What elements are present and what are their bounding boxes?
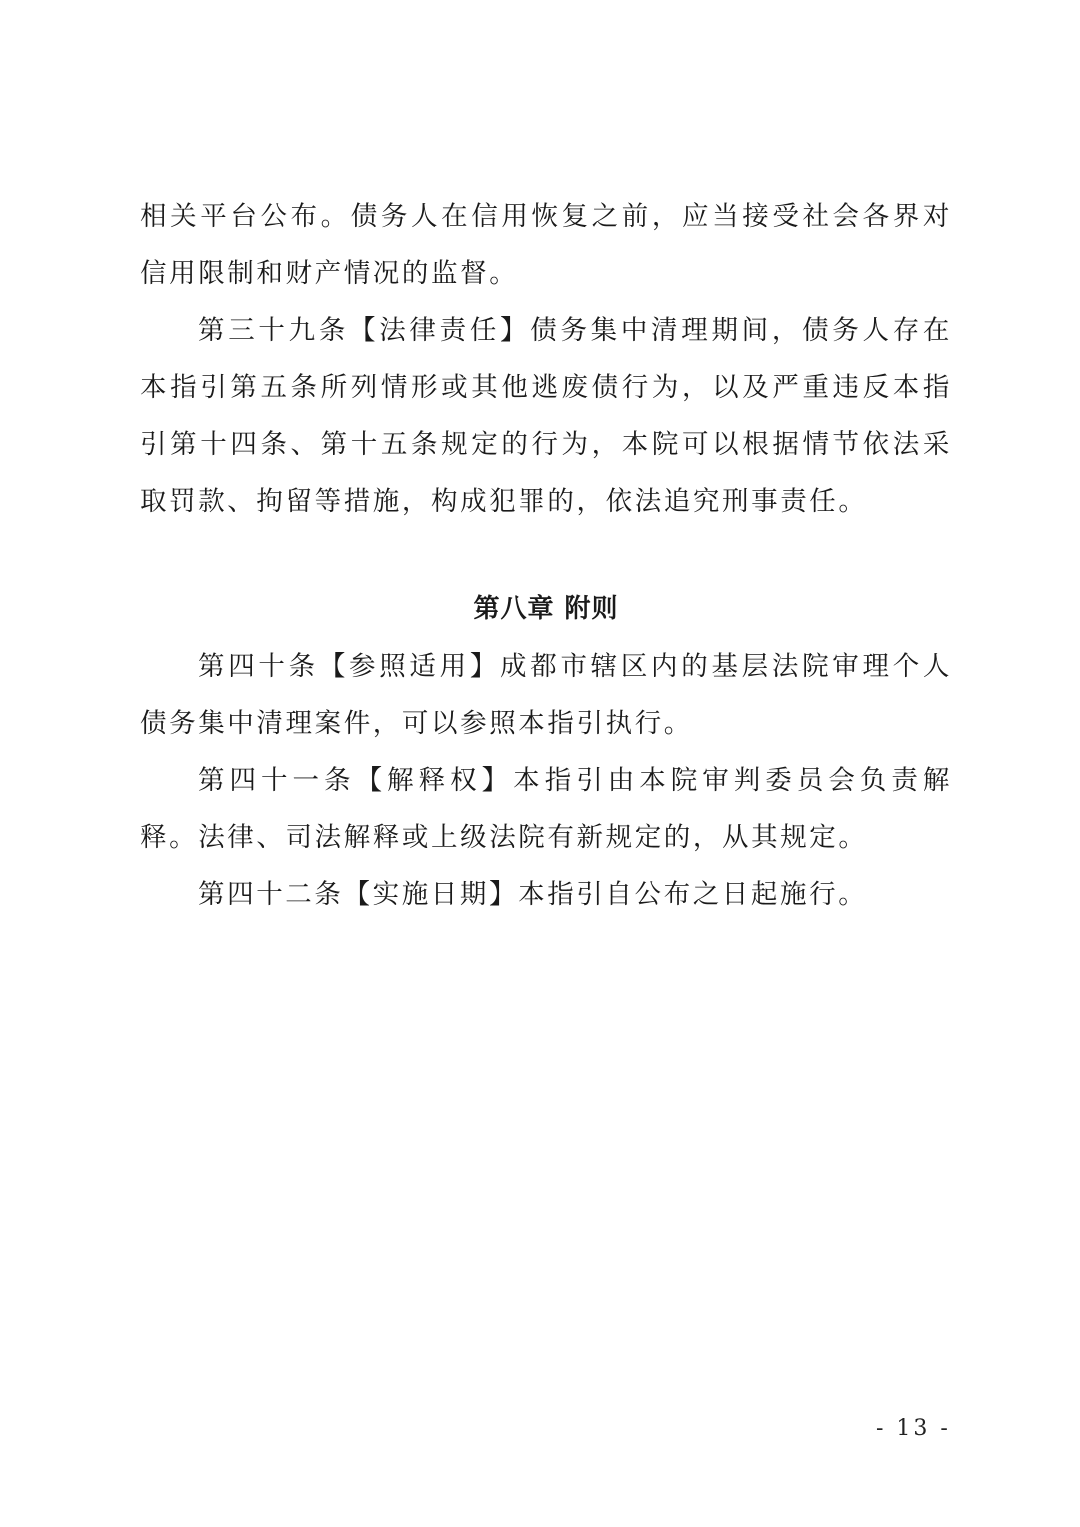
- page-number: - 13 -: [876, 1416, 951, 1441]
- paragraph-continuation: 相关平台公布。债务人在信用恢复之前，应当接受社会各界对信用限制和财产情况的监督。: [140, 188, 952, 302]
- paragraph-article-42: 第四十二条【实施日期】本指引自公布之日起施行。: [140, 866, 952, 923]
- document-body: 相关平台公布。债务人在信用恢复之前，应当接受社会各界对信用限制和财产情况的监督。…: [140, 188, 952, 923]
- document-page: 相关平台公布。债务人在信用恢复之前，应当接受社会各界对信用限制和财产情况的监督。…: [0, 0, 1080, 1527]
- paragraph-article-41: 第四十一条【解释权】本指引由本院审判委员会负责解释。法律、司法解释或上级法院有新…: [140, 752, 952, 866]
- paragraph-article-40: 第四十条【参照适用】成都市辖区内的基层法院审理个人债务集中清理案件，可以参照本指…: [140, 638, 952, 752]
- paragraph-article-39: 第三十九条【法律责任】债务集中清理期间，债务人存在本指引第五条所列情形或其他逃废…: [140, 302, 952, 530]
- chapter-title: 第八章 附则: [140, 581, 952, 638]
